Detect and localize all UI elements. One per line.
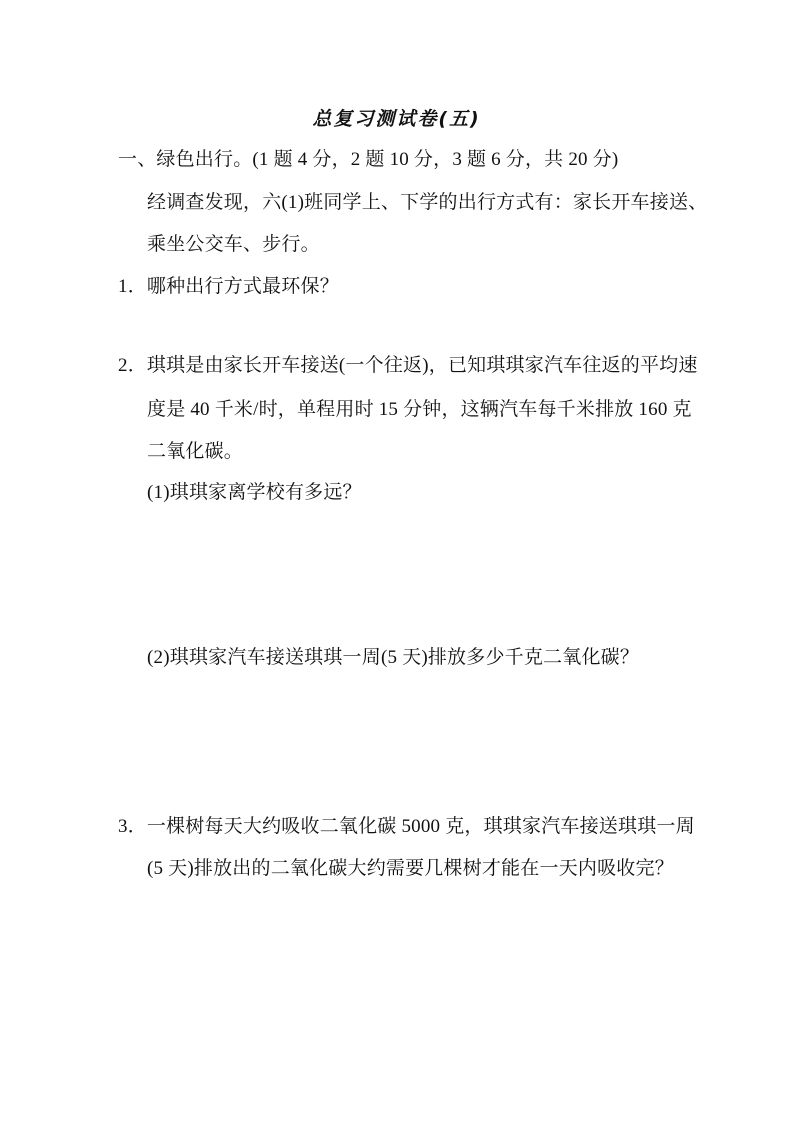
question-1: 1．哪种出行方式最环保？ [118, 275, 339, 299]
question-2-line-3: 二氧化碳。 [147, 440, 243, 464]
question-2-line-2: 度是 40 千米/时，单程用时 15 分钟，这辆汽车每千米排放 160 克 [147, 398, 692, 422]
section-heading: 一、绿色出行。(1 题 4 分，2 题 10 分，3 题 6 分，共 20 分) [118, 148, 618, 172]
intro-line-2: 乘坐公交车、步行。 [147, 233, 320, 257]
question-2-sub-2: (2)琪琪家汽车接送琪琪一周(5 天)排放多少千克二氧化碳？ [147, 646, 639, 670]
question-3-line-2: (5 天)排放出的二氧化碳大约需要几棵树才能在一天内吸收完？ [147, 857, 674, 881]
page-title: 总复习测试卷(五) [0, 104, 793, 131]
exam-page: 总复习测试卷(五) 一、绿色出行。(1 题 4 分，2 题 10 分，3 题 6… [0, 0, 793, 1122]
intro-line-1: 经调查发现，六(1)班同学上、下学的出行方式有：家长开车接送、 [147, 191, 707, 215]
question-2-line-1: 2．琪琪是由家长开车接送(一个往返)，已知琪琪家汽车往返的平均速 [118, 354, 698, 378]
question-2-sub-1: (1)琪琪家离学校有多远？ [147, 481, 362, 505]
question-3-line-1: 3．一棵树每天大约吸收二氧化碳 5000 克，琪琪家汽车接送琪琪一周 [118, 815, 695, 839]
